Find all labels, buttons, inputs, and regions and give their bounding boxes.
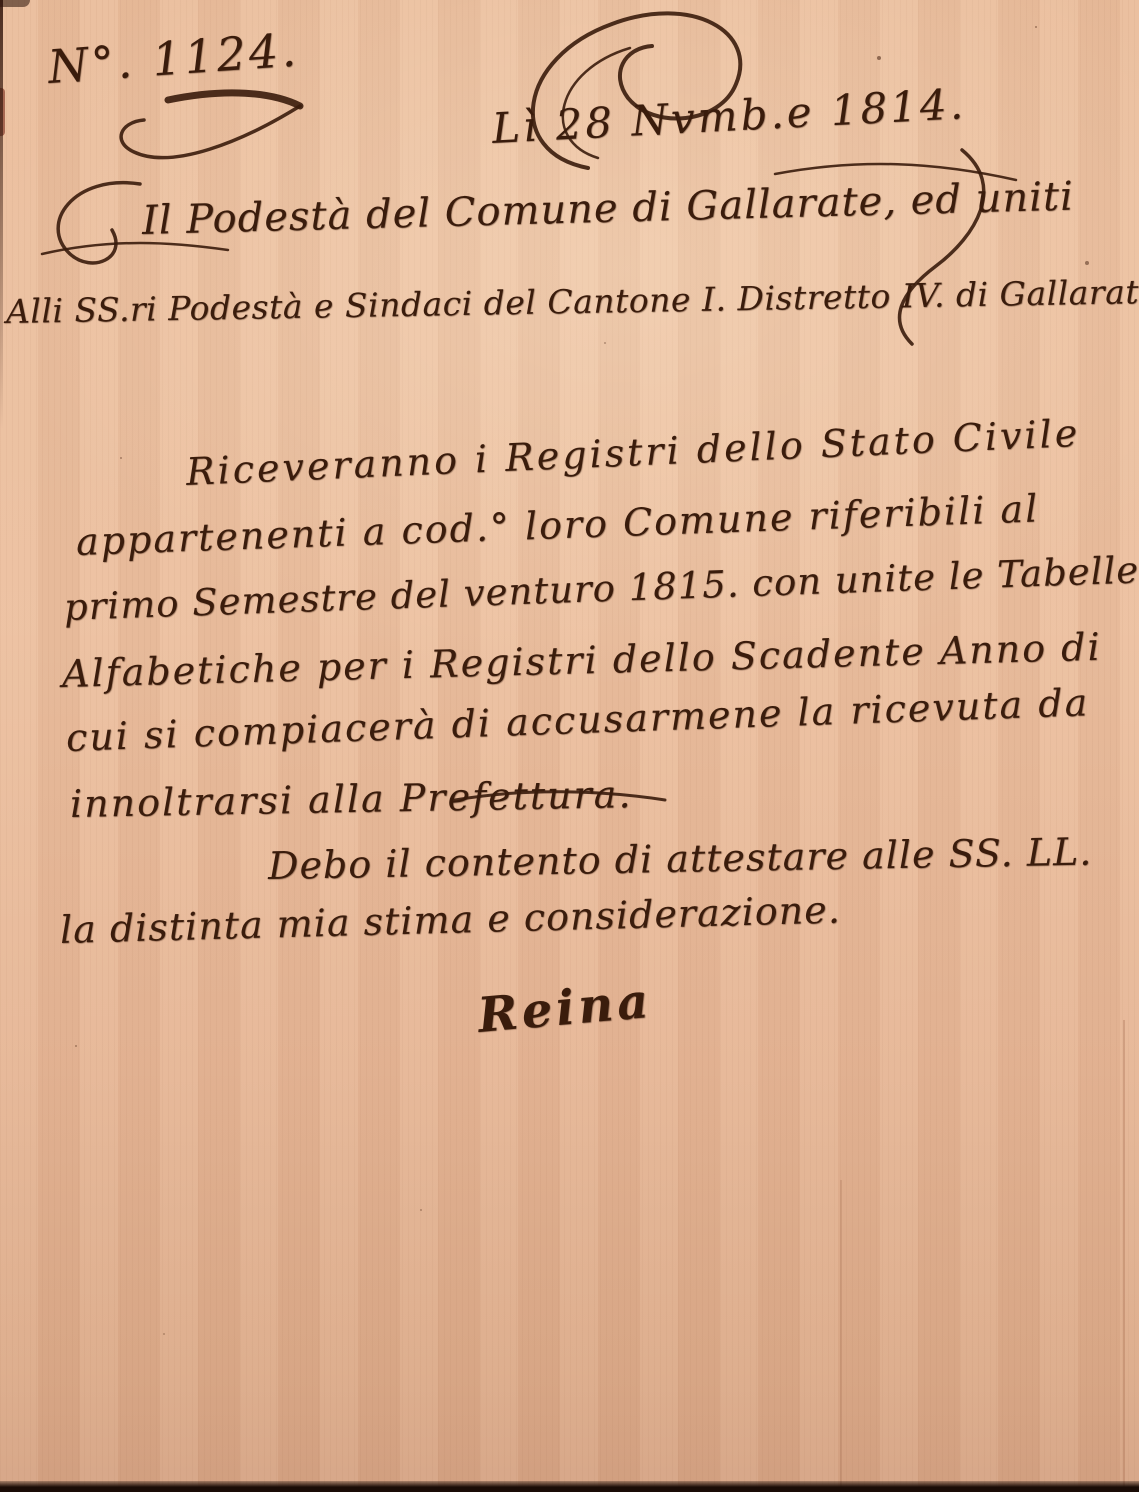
paper-crease-mid bbox=[840, 1180, 842, 1492]
body-line-5: cui si compiacerà di accusarmene la rice… bbox=[65, 680, 1090, 760]
paper-crease-right bbox=[1123, 1020, 1125, 1492]
manuscript-letter-page: N°. 1124. Lì 28 Nvmb.e 1814. Il Podestà … bbox=[0, 0, 1139, 1492]
closing-line-2: la distinta mia stima e considerazione. bbox=[59, 888, 841, 952]
body-line-2: appartenenti a cod.° loro Comune riferib… bbox=[75, 486, 1040, 564]
scan-edge-left bbox=[0, 0, 3, 430]
body-line-3: primo Semestre del venturo 1815. con uni… bbox=[63, 548, 1139, 629]
sender-line: Il Podestà del Comune di Gallarate, ed u… bbox=[141, 174, 1074, 244]
body-line-1: Riceveranno i Registri dello Stato Civil… bbox=[185, 411, 1081, 494]
scan-edge-bottom bbox=[0, 1481, 1139, 1492]
protocol-number: N°. 1124. bbox=[46, 23, 300, 94]
scan-corner-blot bbox=[0, 0, 30, 7]
recipient-line: Alli SS.ri Podestà e Sindaci del Cantone… bbox=[6, 272, 1139, 331]
body-line-6: innoltrarsi alla Prefettura. bbox=[70, 772, 633, 826]
closing-line-1: Debo il contento di attestare alle SS. L… bbox=[268, 830, 1093, 888]
signature: Reina bbox=[476, 973, 655, 1044]
date-line: Lì 28 Nvmb.e 1814. bbox=[491, 79, 967, 153]
number-underline-flourish-icon bbox=[121, 93, 300, 158]
